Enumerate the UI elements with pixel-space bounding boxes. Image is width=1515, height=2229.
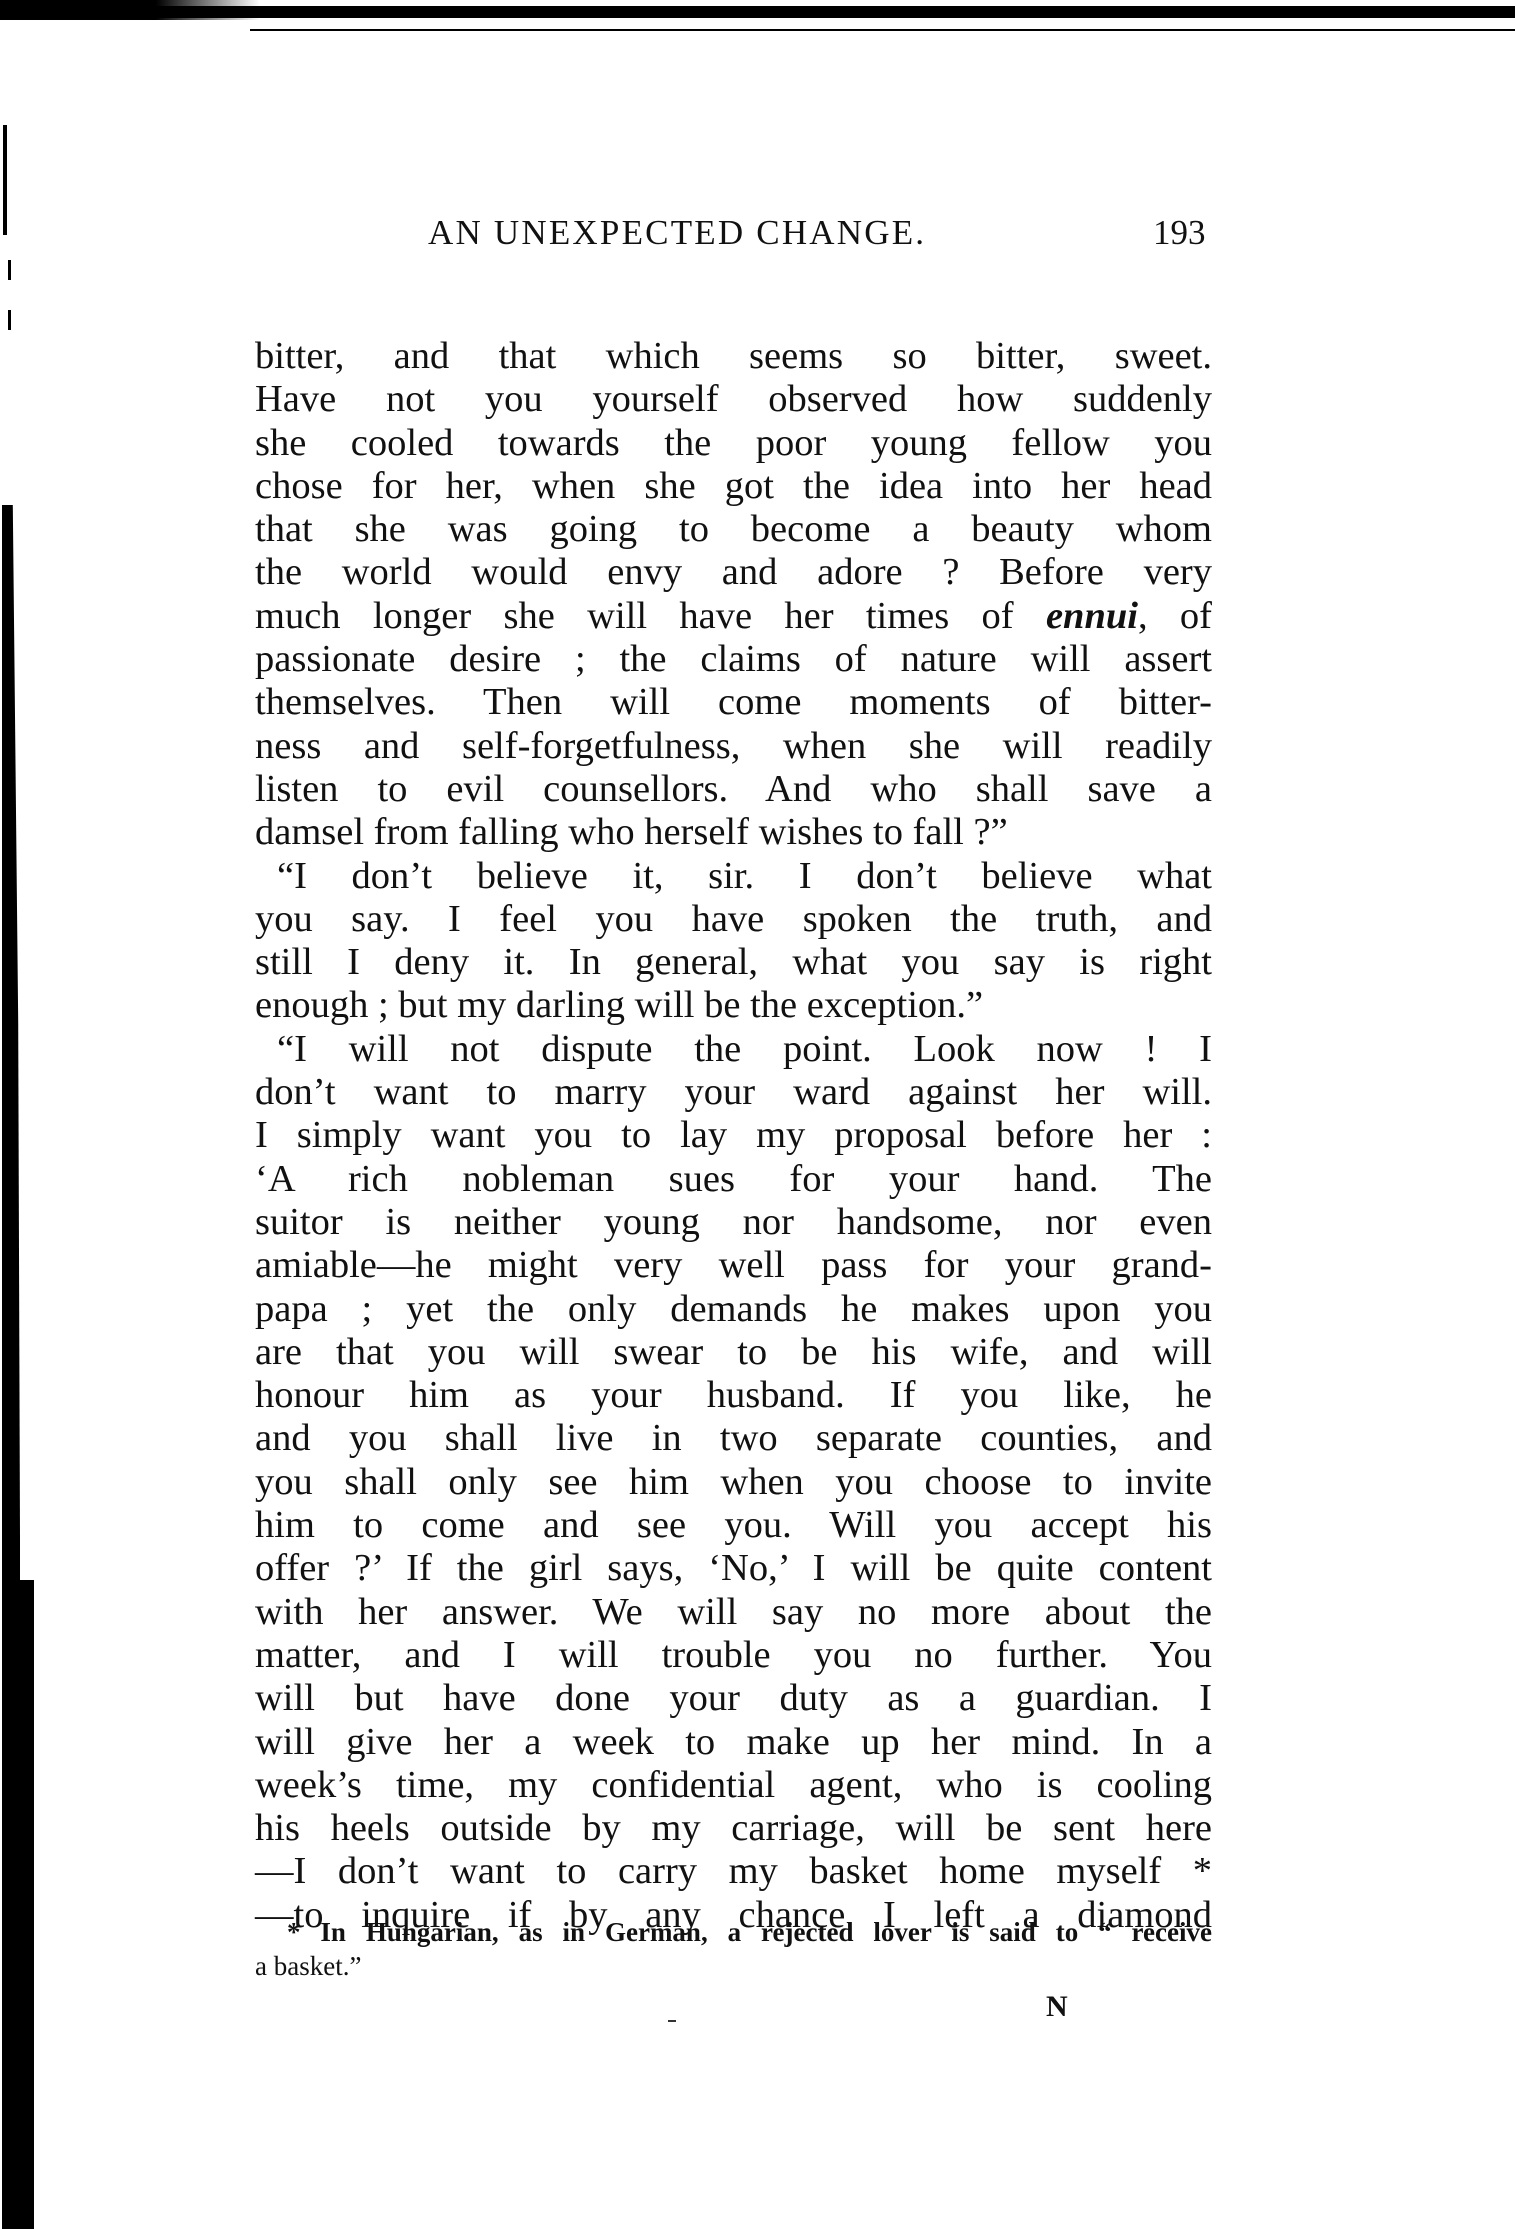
text-line: she cooled towards the poor young fellow…	[255, 422, 1212, 465]
text-line: damsel from falling who herself wishes t…	[255, 811, 1212, 854]
scan-top-border-fade	[0, 0, 260, 20]
running-head: AN UNEXPECTED CHANGE. 193	[0, 213, 1515, 263]
text-line: Have not you yourself observed how sudde…	[255, 378, 1212, 421]
text-line: that she was going to become a beauty wh…	[255, 508, 1212, 551]
scan-spine-mark	[8, 310, 11, 330]
body-text: bitter, and that which seems so bitter, …	[255, 335, 1212, 1937]
scan-speck	[668, 2020, 676, 2022]
text-line: papa ; yet the only demands he makes upo…	[255, 1288, 1212, 1331]
text-segment: much longer she will have her times of	[255, 595, 1046, 637]
text-line: chose for her, when she got the idea int…	[255, 465, 1212, 508]
text-line: don’t want to marry your ward against he…	[255, 1071, 1212, 1114]
text-line: you say. I feel you have spoken the trut…	[255, 898, 1212, 941]
text-line: listen to evil counsellors. And who shal…	[255, 768, 1212, 811]
text-line: week’s time, my confidential agent, who …	[255, 1764, 1212, 1807]
text-line: “I don’t believe it, sir. I don’t believ…	[255, 855, 1212, 898]
text-line: ‘A rich nobleman sues for your hand. The	[255, 1158, 1212, 1201]
text-line: and you shall live in two separate count…	[255, 1417, 1212, 1460]
text-line: the world would envy and adore ? Before …	[255, 551, 1212, 594]
text-line: honour him as your husband. If you like,…	[255, 1374, 1212, 1417]
running-title: AN UNEXPECTED CHANGE.	[428, 213, 926, 253]
text-line: his heels outside by my carriage, will b…	[255, 1807, 1212, 1850]
footnote: * In Hungarian, as in German, a rejected…	[255, 1915, 1212, 1983]
text-line: themselves. Then will come moments of bi…	[255, 681, 1212, 724]
text-line: —I don’t want to carry my basket home my…	[255, 1850, 1212, 1893]
text-line: with her answer. We will say no more abo…	[255, 1591, 1212, 1634]
signature-mark: N	[1046, 1990, 1068, 2024]
text-line: matter, and I will trouble you no furthe…	[255, 1634, 1212, 1677]
text-line: still I deny it. In general, what you sa…	[255, 941, 1212, 984]
text-line: offer ?’ If the girl says, ‘No,’ I will …	[255, 1547, 1212, 1590]
text-line: will give her a week to make up her mind…	[255, 1721, 1212, 1764]
text-line: ness and self-forgetfulness, when she wi…	[255, 725, 1212, 768]
text-line: bitter, and that which seems so bitter, …	[255, 335, 1212, 378]
text-line: you shall only see him when you choose t…	[255, 1461, 1212, 1504]
text-line: enough ; but my darling will be the exce…	[255, 984, 1212, 1027]
text-line: much longer she will have her times of e…	[255, 595, 1212, 638]
text-line: him to come and see you. Will you accept…	[255, 1504, 1212, 1547]
text-line: “I will not dispute the point. Look now …	[255, 1028, 1212, 1071]
italic-word: ennui	[1046, 595, 1138, 637]
text-segment: , of	[1138, 595, 1212, 637]
text-line: are that you will swear to be his wife, …	[255, 1331, 1212, 1374]
scan-top-rule	[250, 29, 1515, 31]
scan-binding-edge	[10, 1580, 34, 2229]
text-line: will but have done your duty as a guardi…	[255, 1677, 1212, 1720]
footnote-line: a basket.”	[255, 1949, 1212, 1983]
page-number: 193	[1153, 213, 1206, 253]
text-line: passionate desire ; the claims of nature…	[255, 638, 1212, 681]
text-line: suitor is neither young nor handsome, no…	[255, 1201, 1212, 1244]
footnote-line: * In Hungarian, as in German, a rejected…	[255, 1915, 1212, 1949]
text-line: amiable—he might very well pass for your…	[255, 1244, 1212, 1287]
text-line: I simply want you to lay my proposal bef…	[255, 1114, 1212, 1157]
scan-spine-mark	[8, 260, 11, 280]
